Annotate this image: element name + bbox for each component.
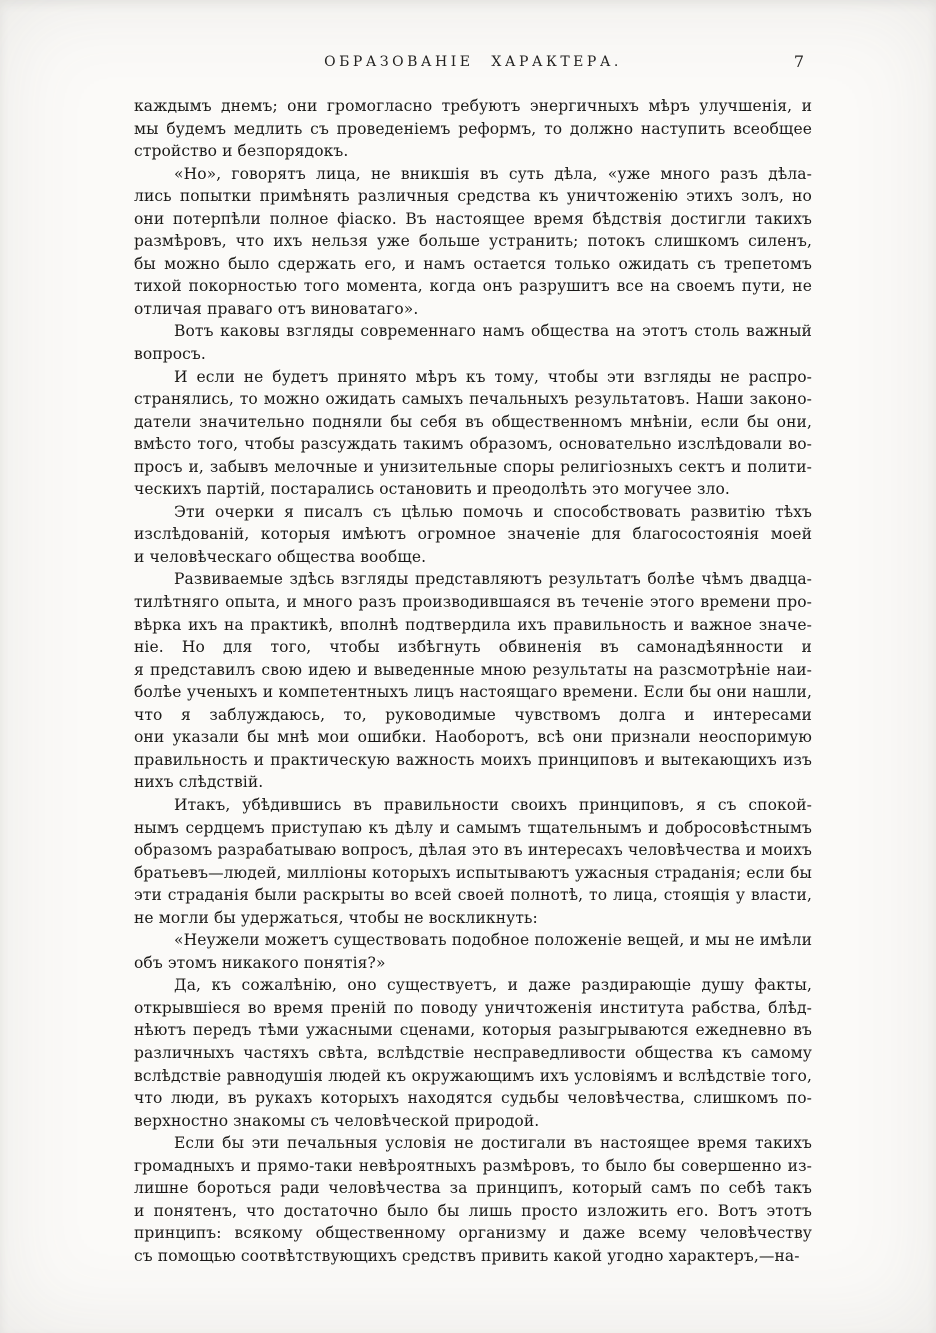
paragraph: Эти очерки я писалъ съ цѣлью помочь и сп… [134,501,812,569]
paragraph: «Неужели можетъ существовать подобное по… [134,929,812,974]
text-line: и понятенъ, что достаточно было бы лишь … [134,1200,812,1223]
text-line: Если бы эти печальныя условія не достига… [134,1132,812,1155]
text-line: они потерпѣли полное фіаско. Въ настояще… [134,208,812,231]
text-line: Вотъ каковы взгляды современнаго намъ об… [134,320,812,343]
paragraph: И если не будетъ принято мѣръ къ тому, ч… [134,366,812,501]
text-line: изслѣдованій, которыя имѣютъ огромное зн… [134,523,812,546]
text-line: верхностно знакомы съ человѣческой приро… [134,1110,812,1133]
text-line: что я заблуждаюсь, то, руководимые чувст… [134,704,812,727]
text-line: братьевъ—людей, милліоны которыхъ испыты… [134,862,812,885]
paragraph: каждымъ днемъ; они громогласно требуютъ … [134,95,812,163]
text-line: я представилъ свою идею и выведенные мно… [134,659,812,682]
text-line: вопросъ. [134,343,812,366]
text-line: нѣютъ передъ тѣми ужасными сценами, кото… [134,1019,812,1042]
page-title: ОБРАЗОВАНІЕ ХАРАКТЕРА. [134,54,812,70]
text-line: лись попытки примѣнять различныя средств… [134,185,812,208]
text-line: объ этомъ никакого понятія?» [134,952,812,975]
text-line: «Но», говорятъ лица, не вникшія въ суть … [134,163,812,186]
text-line: Итакъ, убѣдившись въ правильности своихъ… [134,794,812,817]
text-line: странялись, то можно ожидать самыхъ печа… [134,388,812,411]
text-line: просъ и, забывъ мелочные и унизительные … [134,456,812,479]
text-line: каждымъ днемъ; они громогласно требуютъ … [134,95,812,118]
text-line: «Неужели можетъ существовать подобное по… [134,929,812,952]
text-line: правильность и практическую важность мои… [134,749,812,772]
paragraph: Да, къ сожалѣнію, оно существуетъ, и даж… [134,974,812,1132]
text-line: не могли бы удержаться, чтобы не восклик… [134,907,812,930]
text-line: тилѣтняго опыта, и много разъ производив… [134,591,812,614]
text-line: ческихъ партій, постарались остановить и… [134,478,812,501]
paragraph: Если бы эти печальныя условія не достига… [134,1132,812,1267]
text-line: Развиваемые здѣсь взгляды представляютъ … [134,568,812,591]
text-line: съ помощью соотвѣтствующихъ средствъ при… [134,1245,812,1268]
text-line: вмѣсто того, чтобы разсуждать такимъ обр… [134,433,812,456]
text-line: принципъ: всякому общественному организм… [134,1222,812,1245]
text-line: Да, къ сожалѣнію, оно существуетъ, и даж… [134,974,812,997]
text-line: различныхъ частяхъ свѣта, вслѣдствіе нес… [134,1042,812,1065]
text-line: тихой покорностью того момента, когда он… [134,275,812,298]
text-line: датели значительно подняли бы себя въ об… [134,411,812,434]
text-line: громадныхъ и прямо-таки невѣроятныхъ раз… [134,1155,812,1178]
paragraph: Итакъ, убѣдившись въ правильности своихъ… [134,794,812,929]
text-line: открывшіеся во время преній по поводу ун… [134,997,812,1020]
text-line: мы будемъ медлить съ проведеніемъ реформ… [134,118,812,141]
text-line: отличая праваго отъ виноватаго». [134,298,812,321]
paragraph: «Но», говорятъ лица, не вникшія въ суть … [134,163,812,321]
paragraph: Вотъ каковы взгляды современнаго намъ об… [134,320,812,365]
text-block: каждымъ днемъ; они громогласно требуютъ … [134,95,812,1267]
text-line: размѣровъ, что ихъ нельзя уже больше уст… [134,230,812,253]
text-line: ніе. Но для того, чтобы избѣгнуть обвине… [134,636,812,659]
page-number: 7 [794,52,804,71]
text-line: нымъ сердцемъ приступаю къ дѣлу и самымъ… [134,817,812,840]
scanned-book-page: { "page": { "header": { "title": "ОБРАЗО… [0,0,936,1333]
text-line: стройство и безпорядокъ. [134,140,812,163]
text-line: нихъ слѣдствій. [134,771,812,794]
text-line: лишне бороться ради человѣчества за прин… [134,1177,812,1200]
text-line: вѣрка ихъ на практикѣ, вполнѣ подтвердил… [134,614,812,637]
paragraph: Развиваемые здѣсь взгляды представляютъ … [134,568,812,793]
running-header: ОБРАЗОВАНІЕ ХАРАКТЕРА. 7 [134,54,812,76]
text-line: болѣе ученыхъ и компетентныхъ лицъ насто… [134,681,812,704]
text-line: они указали бы мнѣ мои ошибки. Наоборотъ… [134,726,812,749]
text-line: образомъ разрабатываю вопросъ, дѣлая это… [134,839,812,862]
text-line: что люди, въ рукахъ которыхъ находятся с… [134,1087,812,1110]
text-line: и человѣческаго общества вообще. [134,546,812,569]
text-line: И если не будетъ принято мѣръ къ тому, ч… [134,366,812,389]
text-line: бы можно было сдержать его, и намъ остае… [134,253,812,276]
text-line: эти страданія были раскрыты во всей свое… [134,884,812,907]
text-line: Эти очерки я писалъ съ цѣлью помочь и сп… [134,501,812,524]
text-line: вслѣдствіе равнодушія людей къ окружающи… [134,1065,812,1088]
